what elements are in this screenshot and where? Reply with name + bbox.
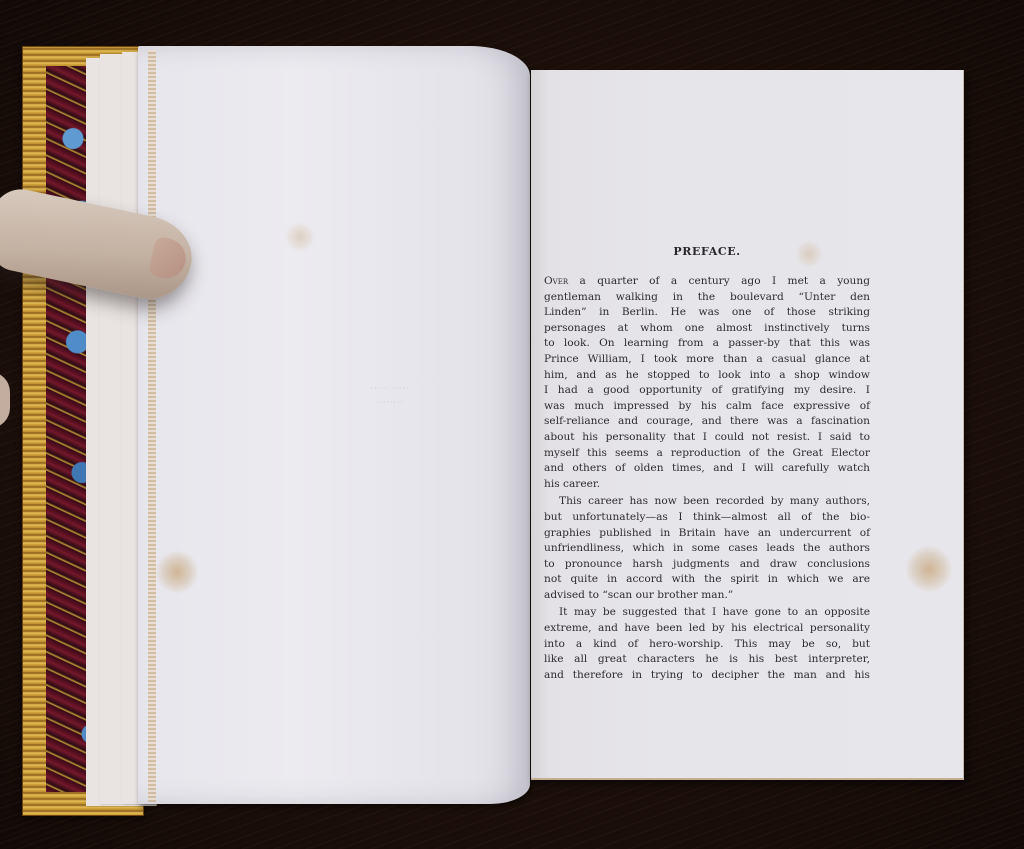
text-line: gentleman walking in the boulevard “Unte… [544, 290, 870, 306]
text-line: to look. On learning from a passer-by th… [544, 336, 870, 352]
text-line-content: a quarter of a century ago I met a young [568, 275, 870, 287]
text-line: his career. [544, 477, 870, 493]
text-line: into a kind of hero-worship. This may be… [544, 637, 870, 653]
text-line: Prince William, I took more than a casua… [544, 352, 870, 368]
text-line: like all great characters he is his best… [544, 652, 870, 668]
text-line: I had a good opportunity of gratifying m… [544, 383, 870, 399]
text-line: It may be suggested that I have gone to … [544, 605, 870, 621]
fingernail [148, 236, 190, 282]
book-photo-scene: ····· ····· ········ PREFACE. Over a qua… [0, 0, 1024, 849]
lead-smallcaps: Over [544, 275, 568, 287]
text-line: myself this seems a reproduction of the … [544, 446, 870, 462]
thumb-edge [0, 372, 10, 428]
bleed-line: ········ [335, 396, 445, 410]
gilt-page-edge-line [148, 50, 156, 802]
text-line: and others of olden times, and I will ca… [544, 461, 870, 477]
bleed-through-text: ····· ····· ········ [335, 382, 445, 422]
text-line: personages at whom one almost instinctiv… [544, 321, 870, 337]
foxing-stain [905, 545, 953, 593]
text-line: him, and as he stopped to look into a sh… [544, 368, 870, 384]
text-line: to pronounce harsh judgments and draw co… [544, 557, 870, 573]
text-line: about his personality that I could not r… [544, 430, 870, 446]
foxing-stain [285, 222, 315, 252]
paragraph-1: Over a quarter of a century ago I met a … [544, 274, 870, 492]
bleed-line: ····· ····· [335, 382, 445, 396]
text-line: graphies published in Britain have an un… [544, 526, 870, 542]
text-line: Over a quarter of a century ago I met a … [544, 274, 870, 290]
preface-text-block: PREFACE. Over a quarter of a century ago… [544, 245, 870, 683]
text-line: advised to “scan our brother man.” [544, 588, 870, 604]
text-line: unfriendliness, which in some cases lead… [544, 541, 870, 557]
foxing-stain [155, 550, 199, 594]
page-title: PREFACE. [544, 245, 870, 258]
left-blank-page [138, 46, 530, 804]
text-line: Linden” in Berlin. He was one of those s… [544, 305, 870, 321]
paragraph-2: This career has now been recorded by man… [544, 494, 870, 603]
text-line: and therefore in trying to decipher the … [544, 668, 870, 684]
text-line: but unfortunately—as I think—almost all … [544, 510, 870, 526]
text-line: was much impressed by his calm face expr… [544, 399, 870, 415]
text-line: This career has now been recorded by man… [544, 494, 870, 510]
text-line: not quite in accord with the spirit in w… [544, 572, 870, 588]
text-line: self-reliance and courage, and there was… [544, 414, 870, 430]
paragraph-3: It may be suggested that I have gone to … [544, 605, 870, 683]
text-line: extreme, and have been led by his electr… [544, 621, 870, 637]
